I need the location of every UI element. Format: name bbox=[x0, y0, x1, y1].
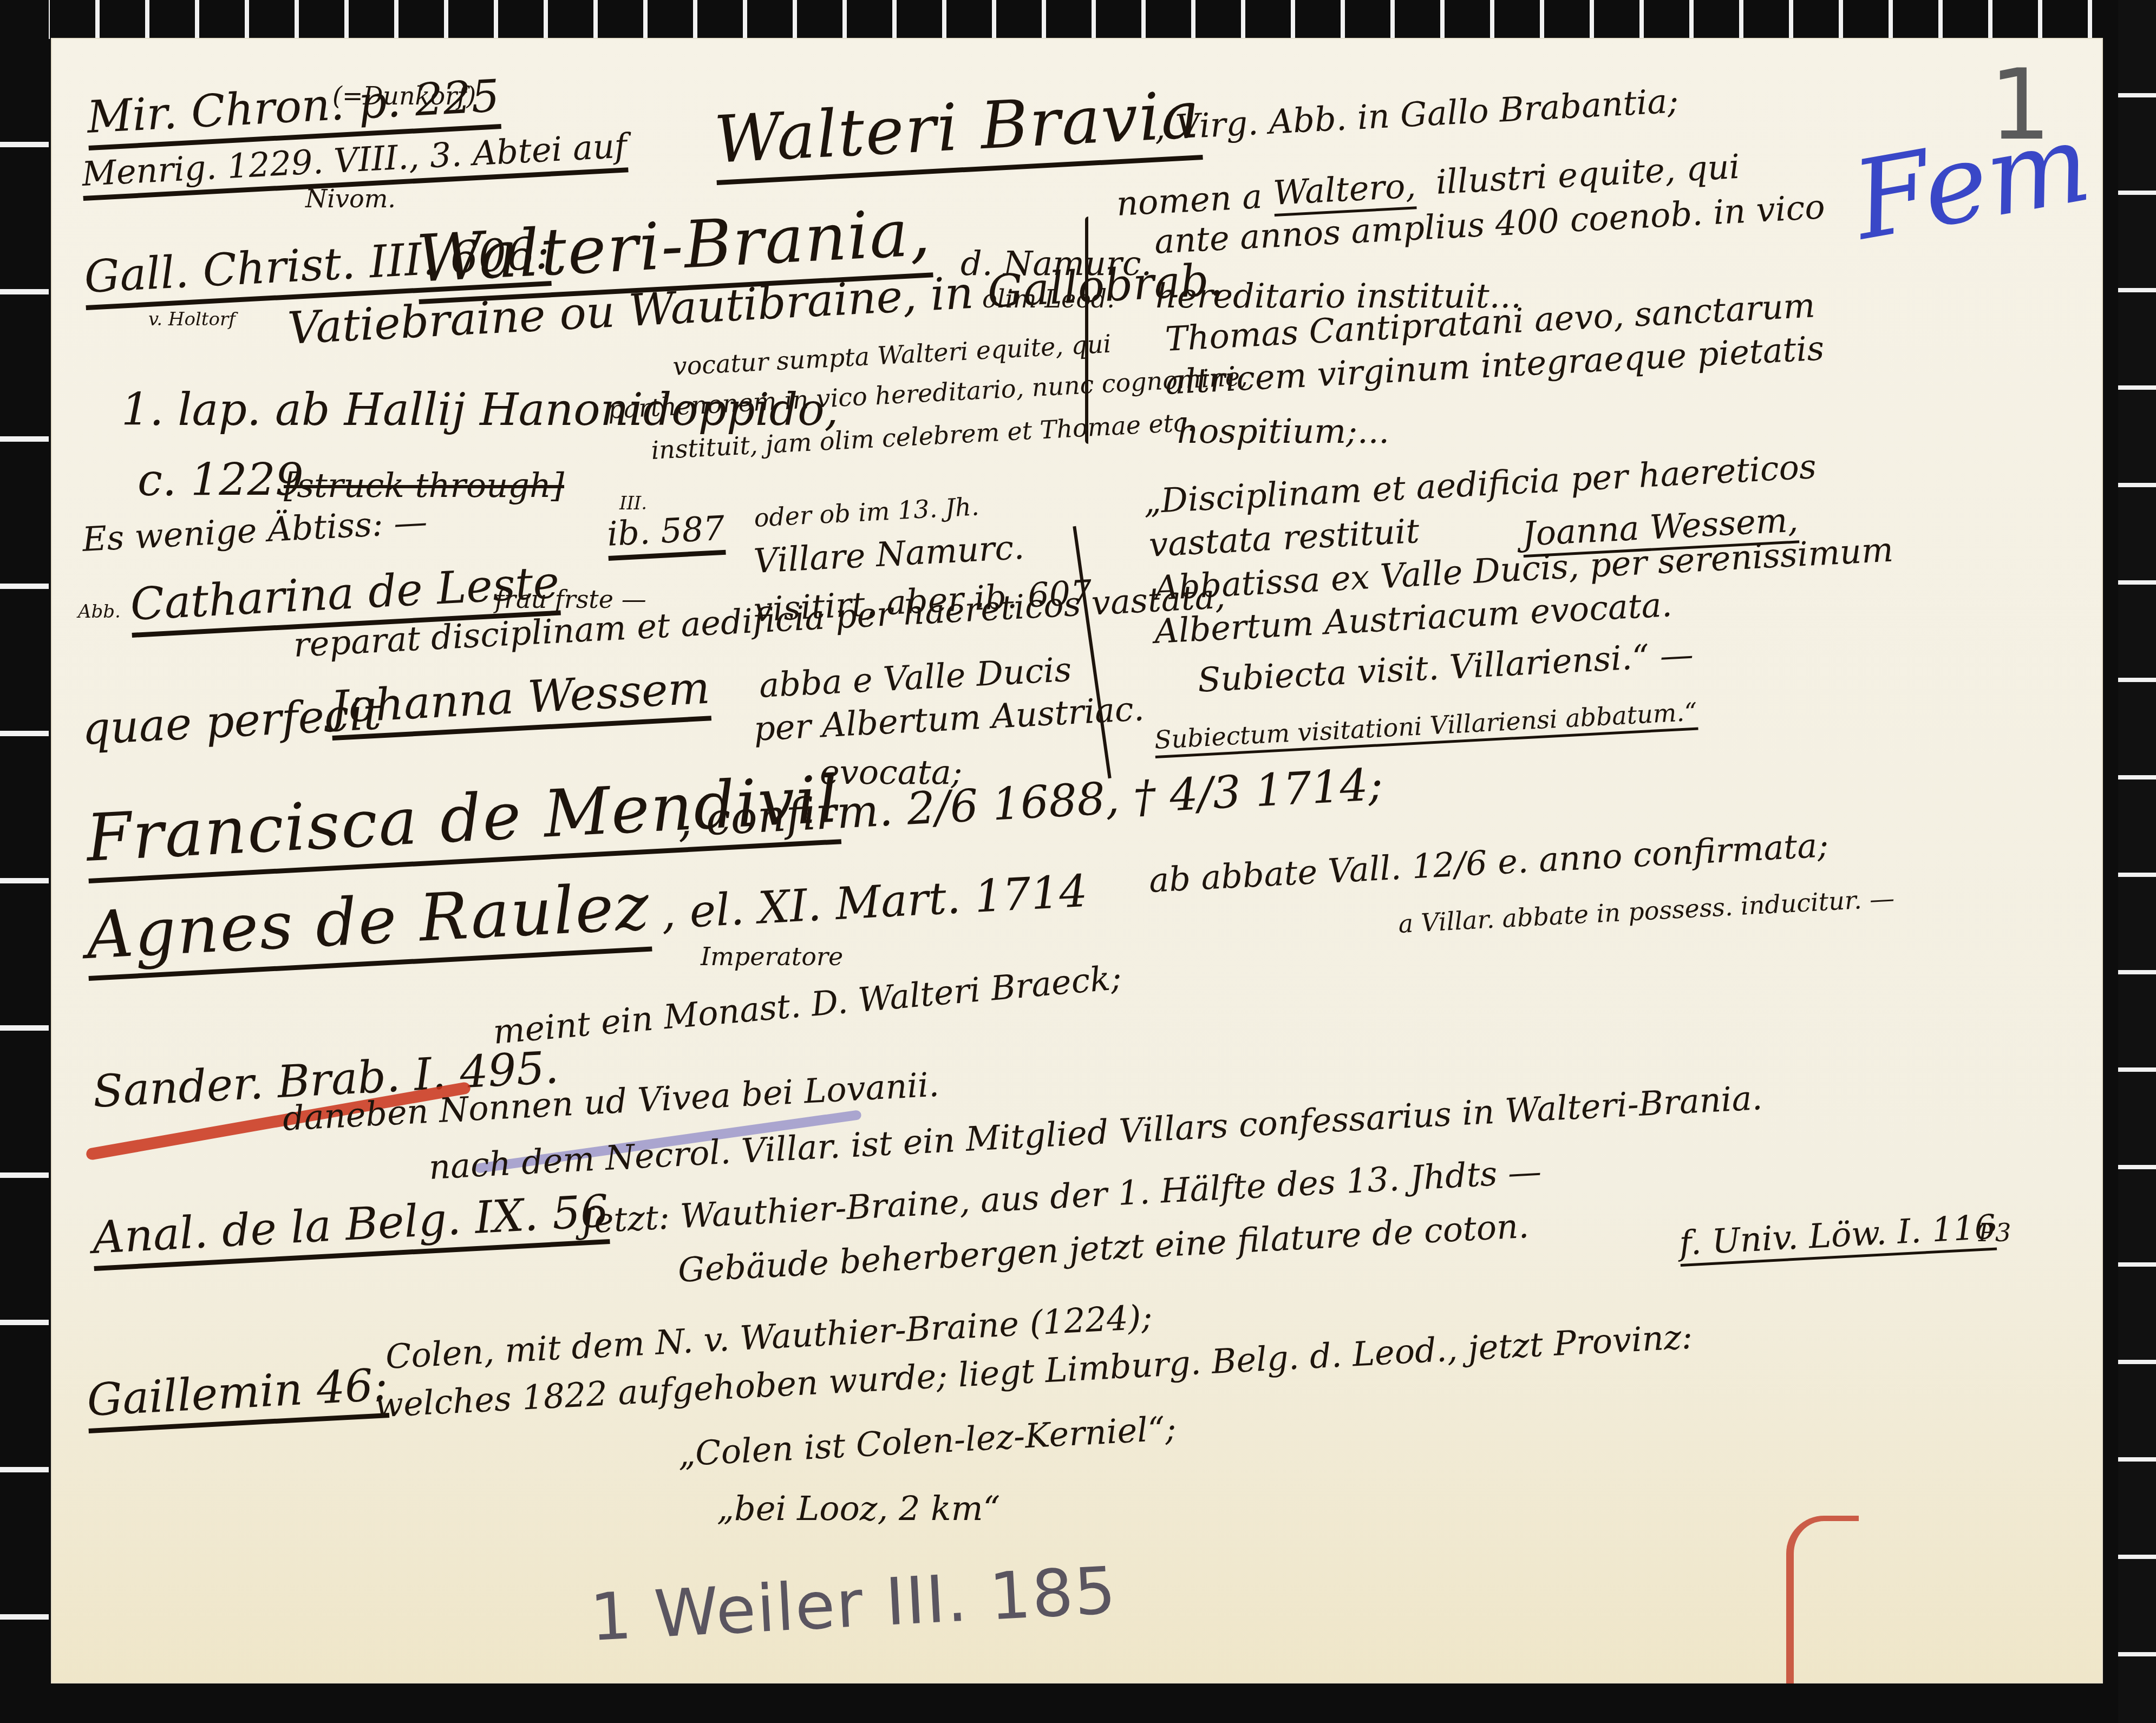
right-line-1-prefix: nomen a bbox=[1115, 176, 1263, 224]
johanna-wessem: Johanna Wessem bbox=[329, 662, 711, 741]
scale-ruler-right bbox=[2118, 0, 2156, 1723]
struck-text: [struck through] bbox=[284, 466, 564, 505]
abbesses-heading: Es wenige Äbtiss: — bbox=[81, 502, 428, 559]
header-ref-1-note: (=Dunkorf) bbox=[332, 81, 476, 110]
footer-pencil-reference: 1 Weiler III. 185 bbox=[589, 1553, 1119, 1656]
side-reference: f. Univ. Löw. I. 116 bbox=[1678, 1207, 1997, 1267]
villare-namurc: Villare Namurc. bbox=[753, 527, 1025, 581]
gallia-ref-note: v. Holtorf bbox=[148, 309, 236, 330]
gaillemin-ref: Gaillemin 46: bbox=[86, 1359, 389, 1433]
abbess-agnes-de-raulez: Agnes de Raulez bbox=[84, 869, 652, 981]
ib-ref: ib. 587 bbox=[606, 508, 726, 561]
document-title: Walteri Bravia bbox=[713, 77, 1203, 185]
ib-ref-superscript: III. bbox=[619, 493, 647, 514]
column-divider-line bbox=[1073, 526, 1111, 778]
right-line-6: hospitium;... bbox=[1177, 411, 1389, 451]
abbess-agnes-election: , el. XI. Mart. 1714 bbox=[660, 866, 1089, 939]
founding-date: c. 1229 bbox=[138, 455, 304, 506]
abbess-agnes-installation: a Villar. abbate in possess. inducitur. … bbox=[1397, 883, 1895, 939]
gaillemin-line-3: „Colen ist Colen-lez-Kerniel“; bbox=[677, 1408, 1177, 1474]
title-continuation: , Virg. Abb. in Gallo Brabantia; bbox=[1153, 81, 1680, 148]
abbess-agnes-confirmation: ab abbate Vall. 12/6 e. anno confirmata; bbox=[1148, 825, 1830, 900]
abbess-agnes-note: Imperatore bbox=[701, 942, 843, 971]
index-card: 1 Fem Mir. Chron. p. 225 (=Dunkorf) Menr… bbox=[51, 38, 2103, 1683]
analectes-ref: Anal. de la Belg. IX. 56 bbox=[91, 1185, 610, 1271]
side-reference-mark: P3 bbox=[1978, 1218, 2011, 1247]
gaillemin-line-4: „bei Looz, 2 km“ bbox=[717, 1489, 1000, 1528]
abbess-prefix: Abb. bbox=[78, 601, 121, 623]
sanderus-text: meint ein Monast. D. Walteri Braeck; bbox=[492, 958, 1123, 1052]
quote-line-6: Subiectum visitationi Villariensi abbatu… bbox=[1154, 697, 1698, 758]
header-ref-2-note: Nivom. bbox=[305, 184, 396, 213]
ib-note: oder ob im 13. Jh. bbox=[753, 492, 979, 533]
blue-pencil-annotation: Fem bbox=[1845, 100, 2099, 265]
bracket-left bbox=[1085, 217, 1088, 444]
scale-ruler-top bbox=[0, 0, 2156, 39]
red-pencil-mark bbox=[1786, 1516, 1859, 1683]
scale-ruler-left bbox=[0, 0, 49, 1723]
